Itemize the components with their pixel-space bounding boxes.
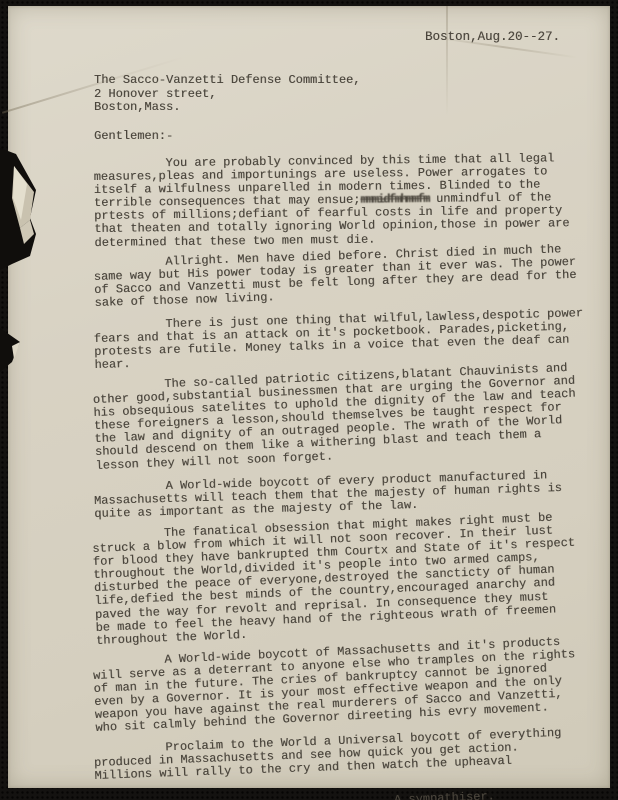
paragraph-4: The so-called patriotic citizens,blatant…: [92, 361, 597, 473]
dateline: Boston,Aug.20--27.: [94, 30, 596, 44]
paragraph-1: You are probably convinced by this time …: [93, 151, 596, 249]
scan-background: Boston,Aug.20--27. The Sacco-Vanzetti De…: [0, 0, 618, 800]
paragraph-8: Proclaim to the World a Universal boycot…: [93, 726, 596, 784]
paper-crease: [446, 6, 448, 116]
recipient-line-2: 2 Honover street,: [94, 88, 596, 102]
recipient-line-3: Boston,Mass.: [94, 101, 596, 115]
torn-edge: [0, 140, 54, 400]
signature-line: A sympathiser.: [394, 785, 596, 800]
salutation: Gentlemen:-: [94, 129, 596, 143]
paragraph-7: A World-wide boycott of Massachusetts an…: [92, 634, 597, 735]
paragraph-2: Allright. Men have died before. Christ d…: [93, 242, 596, 310]
letter-paper: Boston,Aug.20--27. The Sacco-Vanzetti De…: [8, 6, 610, 788]
recipient-address: The Sacco-Vanzetti Defense Committee, 2 …: [94, 74, 596, 115]
overstruck-text: mmmidfmhmmfm: [360, 192, 429, 207]
recipient-line-1: The Sacco-Vanzetti Defense Committee,: [94, 74, 596, 88]
paragraph-6: The fanatical obsession that might makes…: [92, 510, 598, 648]
